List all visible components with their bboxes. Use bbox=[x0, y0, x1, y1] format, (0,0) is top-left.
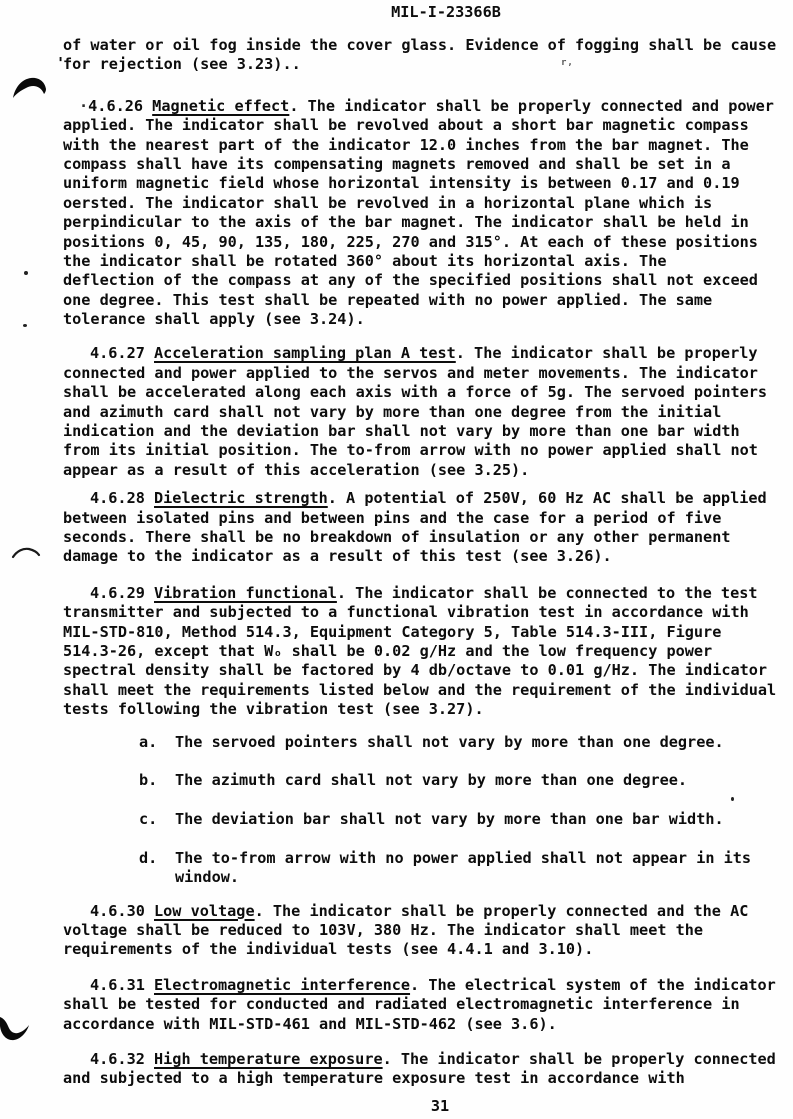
section-heading-rest: . A potential of 250V, 60 Hz AC shall be… bbox=[328, 489, 767, 507]
text-line: oersted. The indicator shall be revolved… bbox=[63, 194, 785, 213]
section-heading-line: 4.6.28 Dielectric strength. A potential … bbox=[63, 489, 785, 508]
section-heading-rest: . The indicator shall be properly connec… bbox=[383, 1050, 776, 1068]
text-line: appear as a result of this acceleration … bbox=[63, 461, 785, 480]
text-line: positions 0, 45, 90, 135, 180, 225, 270 … bbox=[63, 233, 785, 252]
section-title: Low voltage bbox=[154, 902, 255, 920]
scan-artifact-arc-icon bbox=[11, 546, 41, 560]
list-item-text: The to-from arrow with no power applied … bbox=[175, 849, 785, 888]
section-title: Electromagnetic interference bbox=[154, 976, 410, 994]
stray-tick-mark: ' bbox=[56, 54, 65, 73]
document-body: of water or oil fog inside the cover gla… bbox=[63, 36, 785, 1089]
text-line: 'for rejection (see 3.23).. bbox=[63, 55, 785, 74]
text-line: the indicator shall be rotated 360° abou… bbox=[63, 252, 785, 271]
section-4-6-30: 4.6.30 Low voltage. The indicator shall … bbox=[63, 902, 785, 960]
section-heading-rest: . The indicator shall be properly connec… bbox=[255, 902, 749, 920]
list-item-d: d. The to-from arrow with no power appli… bbox=[63, 849, 785, 888]
section-4-6-27: 4.6.27 Acceleration sampling plan A test… bbox=[63, 344, 785, 480]
list-item-text: The servoed pointers shall not vary by m… bbox=[175, 733, 785, 752]
text-line: compass shall have its compensating magn… bbox=[63, 155, 785, 174]
section-number: 4.6.28 bbox=[90, 489, 154, 507]
text-segment: for rejection (see 3.23).. bbox=[63, 55, 301, 73]
section-title: Vibration functional bbox=[154, 584, 337, 602]
text-line: spectral density shall be factored by 4 … bbox=[63, 661, 785, 680]
text-line: seconds. There shall be no breakdown of … bbox=[63, 528, 785, 547]
text-line: accordance with MIL-STD-461 and MIL-STD-… bbox=[63, 1015, 785, 1034]
text-line: and azimuth card shall not vary by more … bbox=[63, 403, 785, 422]
text-line: tolerance shall apply (see 3.24). bbox=[63, 310, 785, 329]
text-line: of water or oil fog inside the cover gla… bbox=[63, 36, 785, 55]
list-item-b: b. The azimuth card shall not vary by mo… bbox=[63, 771, 785, 790]
text-line: requirements of the individual tests (se… bbox=[63, 940, 785, 959]
text-line: The deviation bar shall not vary by more… bbox=[175, 810, 785, 829]
text-line: perpindicular to the axis of the bar mag… bbox=[63, 213, 785, 232]
text-line: and subjected to a high temperature expo… bbox=[63, 1069, 785, 1088]
text-line: shall meet the requirements listed below… bbox=[63, 681, 785, 700]
section-number: 4.6.29 bbox=[90, 584, 154, 602]
text-line: 514.3-26, except that Wₒ shall be 0.02 g… bbox=[63, 642, 785, 661]
scan-artifact-swoosh-icon bbox=[0, 1016, 30, 1046]
section-4-6-28: 4.6.28 Dielectric strength. A potential … bbox=[63, 489, 785, 567]
section-4-6-32: 4.6.32 High temperature exposure. The in… bbox=[63, 1050, 785, 1089]
document-page: { "page": { "header": "MIL-I-23366B", "p… bbox=[0, 0, 793, 1119]
list-item-letter: d. bbox=[139, 849, 157, 868]
section-heading-line: 4.6.30 Low voltage. The indicator shall … bbox=[63, 902, 785, 921]
section-heading-line: 4.6.31 Electromagnetic interference. The… bbox=[63, 976, 785, 995]
text-line: between isolated pins and between pins a… bbox=[63, 509, 785, 528]
scan-artifact-crescent-icon bbox=[13, 77, 47, 99]
section-body: transmitter and subjected to a functiona… bbox=[63, 603, 785, 719]
list-item-a: a. The servoed pointers shall not vary b… bbox=[63, 733, 785, 752]
text-line: shall be accelerated along each axis wit… bbox=[63, 383, 785, 402]
section-number: 4.6.32 bbox=[90, 1050, 154, 1068]
intro-paragraph: of water or oil fog inside the cover gla… bbox=[63, 36, 785, 75]
page-number: 31 bbox=[431, 1097, 449, 1115]
text-line: damage to the indicator as a result of t… bbox=[63, 547, 785, 566]
text-line: tests following the vibration test (see … bbox=[63, 700, 785, 719]
scan-artifact-speck-icon bbox=[24, 271, 28, 275]
list-item-letter: b. bbox=[139, 771, 157, 790]
list-item-text: The deviation bar shall not vary by more… bbox=[175, 810, 785, 829]
section-title: Acceleration sampling plan A test bbox=[154, 344, 456, 362]
section-heading-line: 4.6.27 Acceleration sampling plan A test… bbox=[63, 344, 785, 363]
text-line: indication and the deviation bar shall n… bbox=[63, 422, 785, 441]
section-body: connected and power applied to the servo… bbox=[63, 364, 785, 480]
section-body: voltage shall be reduced to 103V, 380 Hz… bbox=[63, 921, 785, 960]
section-body: shall be tested for conducted and radiat… bbox=[63, 995, 785, 1034]
text-line: uniform magnetic field whose horizontal … bbox=[63, 174, 785, 193]
stray-tick-mark: · bbox=[79, 97, 88, 115]
section-heading-line: 4.6.32 High temperature exposure. The in… bbox=[63, 1050, 785, 1069]
section-title: Magnetic effect bbox=[152, 97, 289, 115]
section-title: High temperature exposure bbox=[154, 1050, 383, 1068]
section-number: 4.6.31 bbox=[90, 976, 154, 994]
text-line: connected and power applied to the servo… bbox=[63, 364, 785, 383]
section-body: applied. The indicator shall be revolved… bbox=[63, 116, 785, 329]
section-4-6-29: 4.6.29 Vibration functional. The indicat… bbox=[63, 584, 785, 720]
text-line: transmitter and subjected to a functiona… bbox=[63, 603, 785, 622]
section-title: Dielectric strength bbox=[154, 489, 328, 507]
list-item-c: c. The deviation bar shall not vary by m… bbox=[63, 810, 785, 829]
text-line: with the nearest part of the indicator 1… bbox=[63, 136, 785, 155]
section-heading-rest: . The indicator shall be properly connec… bbox=[289, 97, 774, 115]
section-heading-rest: . The indicator shall be properly bbox=[456, 344, 758, 362]
text-line: deflection of the compass at any of the … bbox=[63, 271, 785, 290]
text-line: window. bbox=[175, 868, 785, 887]
text-line: applied. The indicator shall be revolved… bbox=[63, 116, 785, 135]
scan-artifact-speck-icon bbox=[23, 324, 27, 327]
list-item-letter: a. bbox=[139, 733, 157, 752]
text-line: MIL-STD-810, Method 514.3, Equipment Cat… bbox=[63, 623, 785, 642]
section-number: 4.6.27 bbox=[90, 344, 154, 362]
section-body: between isolated pins and between pins a… bbox=[63, 509, 785, 567]
section-heading-line: ·4.6.26 Magnetic effect. The indicator s… bbox=[63, 97, 785, 116]
section-4-6-26: ·4.6.26 Magnetic effect. The indicator s… bbox=[63, 97, 785, 330]
section-number: 4.6.26 bbox=[88, 97, 152, 115]
section-number: 4.6.30 bbox=[90, 902, 154, 920]
text-line: voltage shall be reduced to 103V, 380 Hz… bbox=[63, 921, 785, 940]
section-4-6-31: 4.6.31 Electromagnetic interference. The… bbox=[63, 976, 785, 1034]
section-heading-rest: . The electrical system of the indicator bbox=[410, 976, 776, 994]
section-body: and subjected to a high temperature expo… bbox=[63, 1069, 785, 1088]
list-item-letter: c. bbox=[139, 810, 157, 829]
text-line: The azimuth card shall not vary by more … bbox=[175, 771, 785, 790]
document-number-header: MIL-I-23366B bbox=[391, 3, 501, 21]
section-heading-rest: . The indicator shall be connected to th… bbox=[337, 584, 758, 602]
text-line: The servoed pointers shall not vary by m… bbox=[175, 733, 785, 752]
text-line: shall be tested for conducted and radiat… bbox=[63, 995, 785, 1014]
section-heading-line: 4.6.29 Vibration functional. The indicat… bbox=[63, 584, 785, 603]
requirements-list: a. The servoed pointers shall not vary b… bbox=[63, 733, 785, 888]
text-line: from its initial position. The to-from a… bbox=[63, 441, 785, 460]
text-line: The to-from arrow with no power applied … bbox=[175, 849, 785, 868]
text-line: one degree. This test shall be repeated … bbox=[63, 291, 785, 310]
list-item-text: The azimuth card shall not vary by more … bbox=[175, 771, 785, 790]
